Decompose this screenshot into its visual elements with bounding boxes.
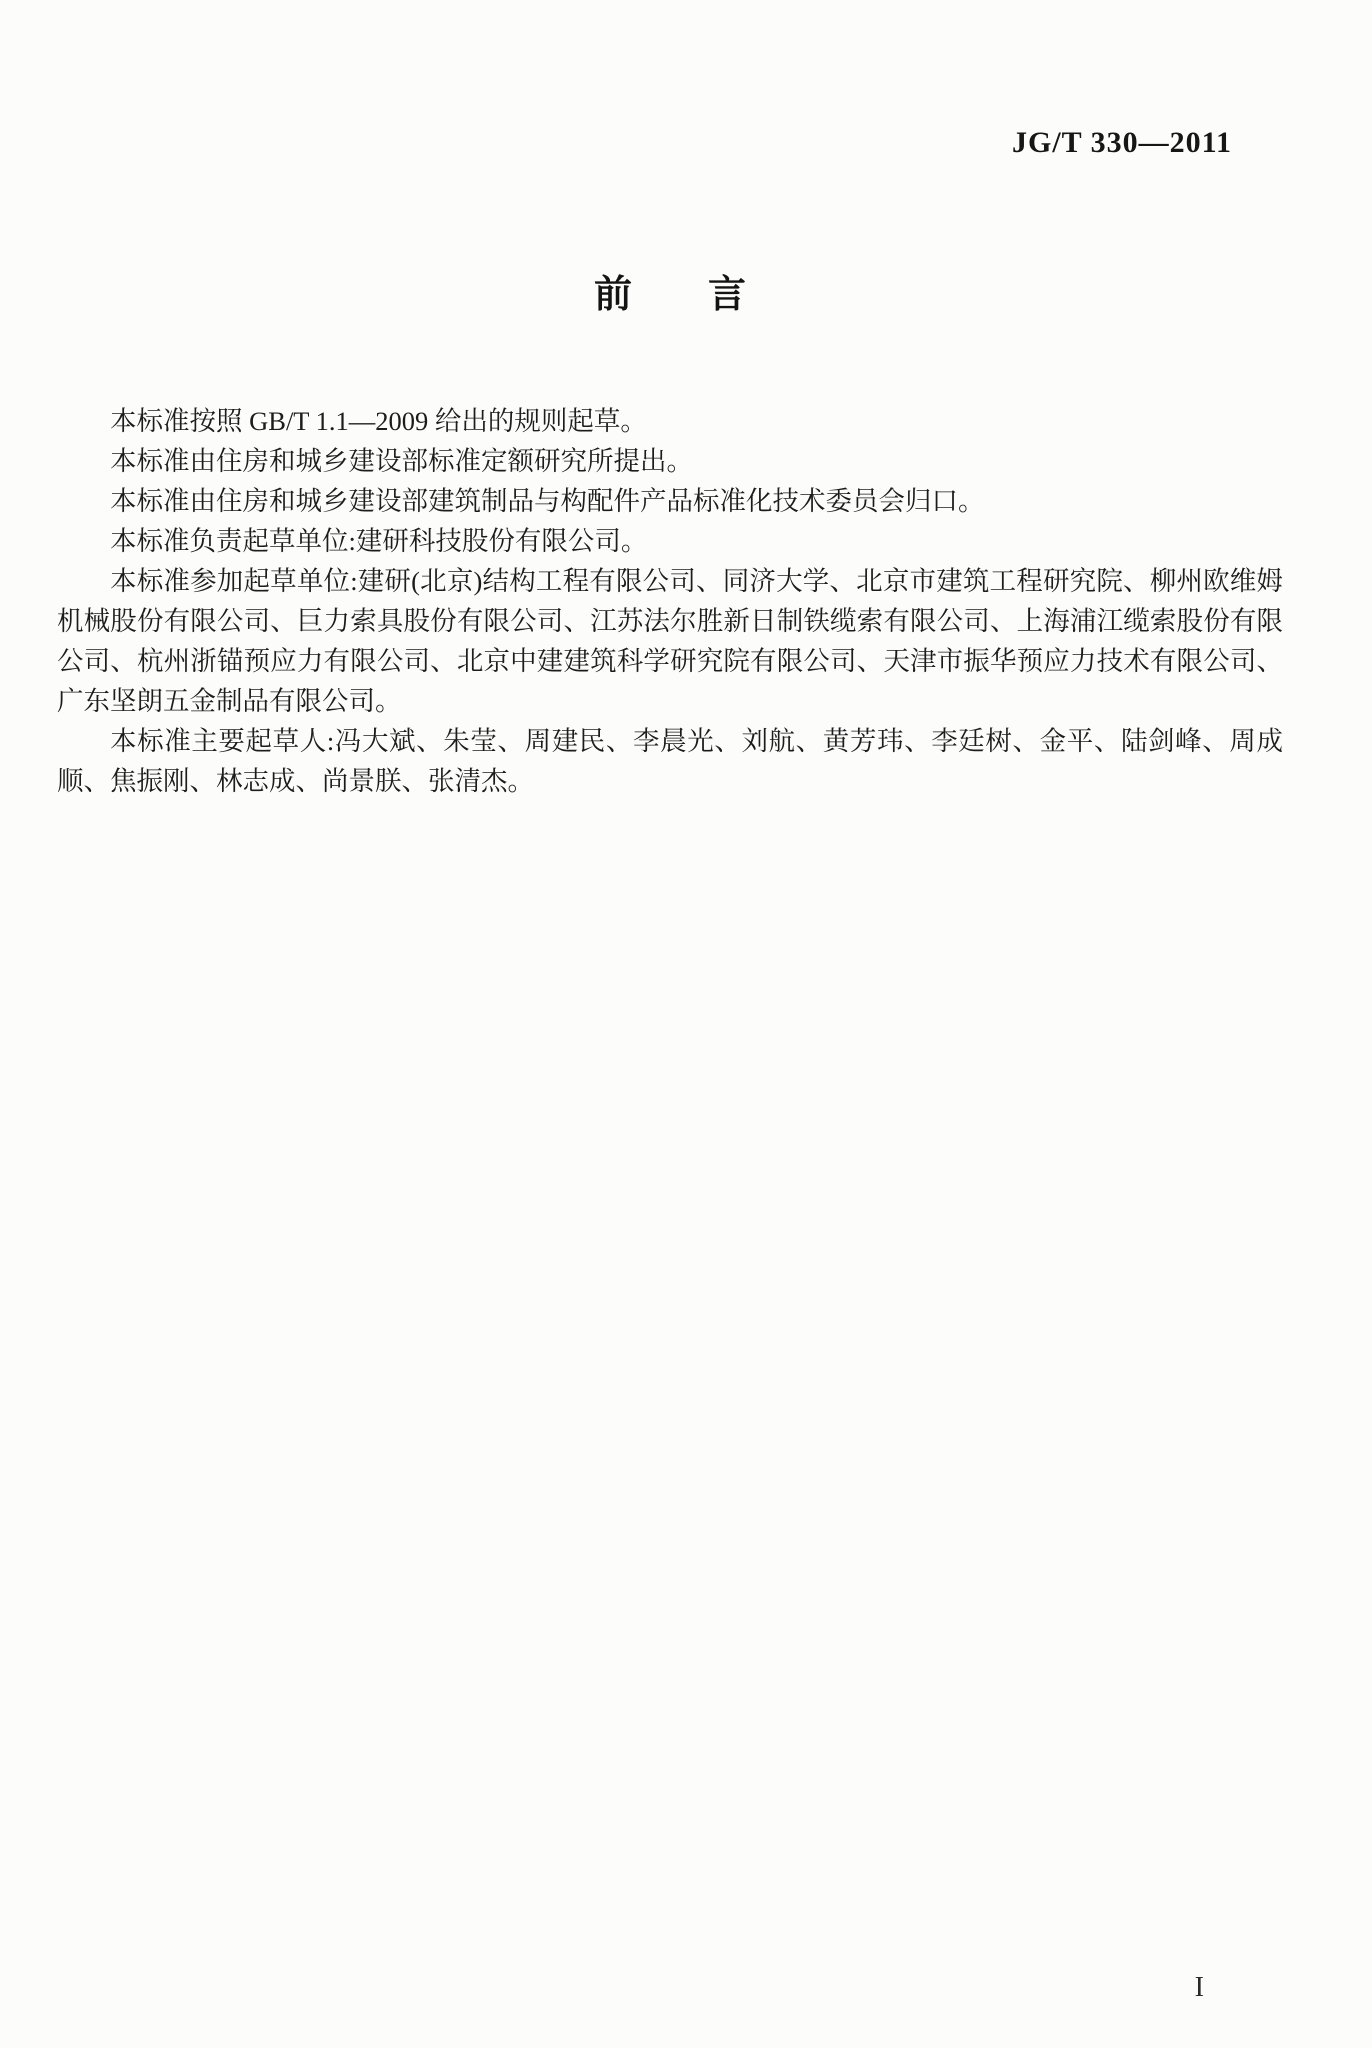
- paragraph-participating-units: 本标准参加起草单位:建研(北京)结构工程有限公司、同济大学、北京市建筑工程研究院…: [57, 561, 1283, 721]
- foreword-body: 本标准按照 GB/T 1.1—2009 给出的规则起草。 本标准由住房和城乡建设…: [57, 401, 1283, 801]
- paragraph-drafting-rules: 本标准按照 GB/T 1.1—2009 给出的规则起草。: [57, 401, 1283, 441]
- paragraph-proposed-by: 本标准由住房和城乡建设部标准定额研究所提出。: [57, 441, 1283, 481]
- standard-number-header: JG/T 330—2011: [1012, 126, 1232, 160]
- page-title: 前 言: [57, 272, 1283, 318]
- paragraph-main-drafters: 本标准主要起草人:冯大斌、朱莹、周建民、李晨光、刘航、黄芳玮、李廷树、金平、陆剑…: [57, 721, 1283, 801]
- paragraph-centralized-by: 本标准由住房和城乡建设部建筑制品与构配件产品标准化技术委员会归口。: [57, 481, 1283, 521]
- page-number: I: [1195, 1972, 1204, 2004]
- paragraph-chief-drafting-unit: 本标准负责起草单位:建研科技股份有限公司。: [57, 521, 1283, 561]
- document-page: JG/T 330—2011 前 言 本标准按照 GB/T 1.1—2009 给出…: [0, 0, 1372, 2048]
